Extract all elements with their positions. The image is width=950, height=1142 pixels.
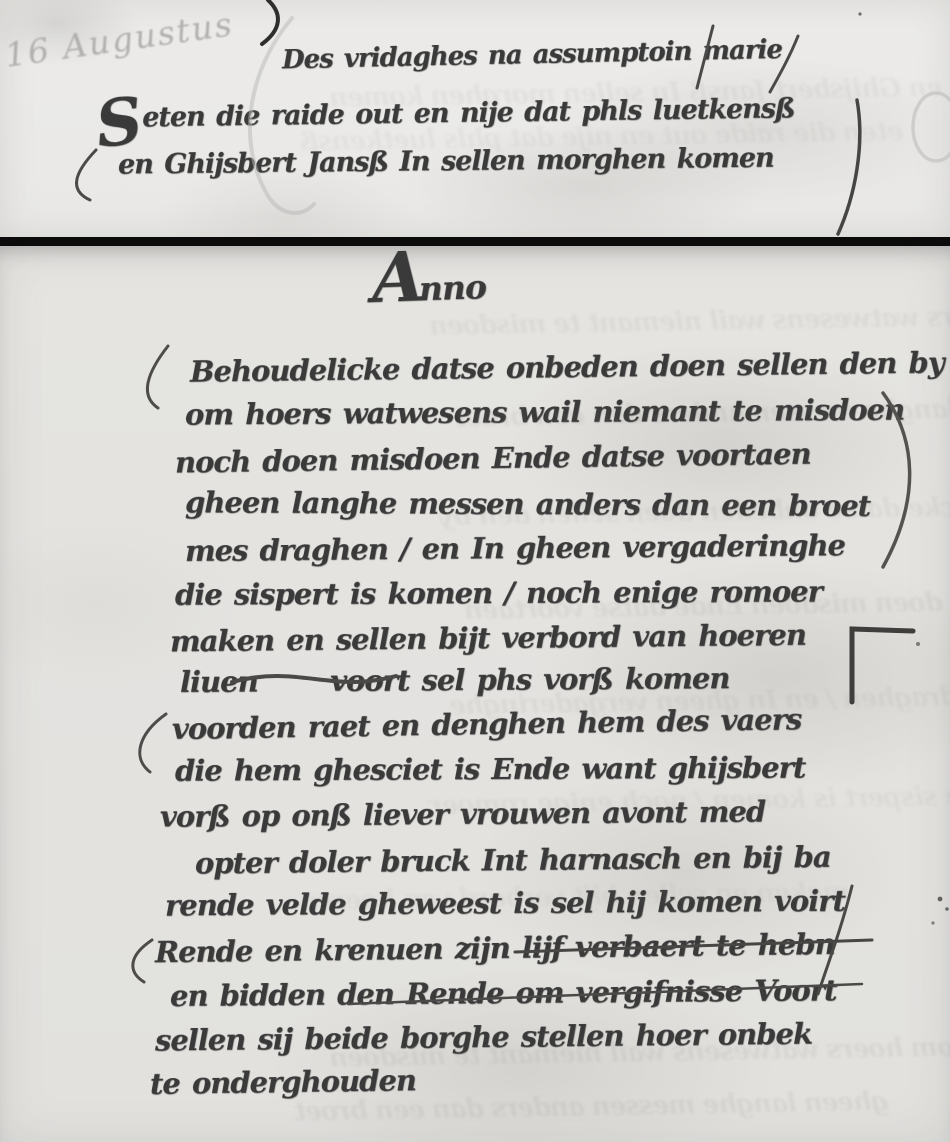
- anno-heading: Anno: [371, 258, 486, 310]
- body-line-17: te onderghouden: [150, 1063, 417, 1113]
- body-line-6: die sispert is komen / noch enige romoer: [175, 574, 822, 623]
- ink-speck: [916, 642, 920, 646]
- entry-flourish: [147, 346, 168, 408]
- entry-flourish: [133, 940, 152, 982]
- manuscript-scan: 16 Augustus Des vridaghes na assumptoin …: [0, 0, 950, 1142]
- body-line-4: gheen langhe messen anders dan een broet: [185, 485, 870, 535]
- ink-speck: [931, 921, 934, 924]
- manuscript-top-fragment: 16 Augustus Des vridaghes na assumptoin …: [0, 0, 950, 238]
- body-line-16: sellen sij beide borghe stellen hoer onb…: [155, 1017, 813, 1070]
- record-heading: Des vridaghes na assumptoin marie: [282, 35, 783, 75]
- pencil-date-annotation: 16 Augustus: [2, 4, 236, 75]
- pencil-circle-mark: [913, 93, 950, 161]
- body-line-10: die hem ghesciet is Ende want ghijsbert: [175, 750, 806, 799]
- body-line-5: mes draghen / en In gheen vergaderinghe: [185, 528, 845, 580]
- body-line-9: voorden raet en denghen hem des vaers: [172, 702, 802, 758]
- ink-speck: [938, 897, 943, 902]
- record-line-1: Seten die raide out en nije dat phls lue…: [96, 93, 795, 141]
- entry-flourish: [140, 714, 166, 772]
- record-line-1-text: eten die raide out en nije dat phls luet…: [142, 93, 795, 133]
- body-line-13: rende velde gheweest is sel hij komen vo…: [165, 884, 845, 935]
- section-divider-bar: [0, 237, 950, 246]
- body-line-11: vorß op onß liever vrouwen avont med: [160, 794, 766, 845]
- ink-speck: [945, 907, 949, 911]
- bleedthrough-line: om hoers watwesens wail niemant te misdo…: [430, 301, 950, 342]
- record-line-2: en Ghijsbert Jansß In sellen morghen kom…: [118, 143, 774, 181]
- body-line-3: noch doen misdoen Ende datse voortaen: [175, 437, 811, 492]
- initial-capital-s: S: [94, 103, 143, 143]
- body-line-8: liuen voort sel phs vorß komen: [180, 661, 730, 711]
- manuscript-main-page: Anno Behoudelicke datse onbeden doen sel…: [0, 246, 950, 1142]
- ink-speck: [858, 12, 861, 15]
- margin-square-bracket: [852, 629, 913, 702]
